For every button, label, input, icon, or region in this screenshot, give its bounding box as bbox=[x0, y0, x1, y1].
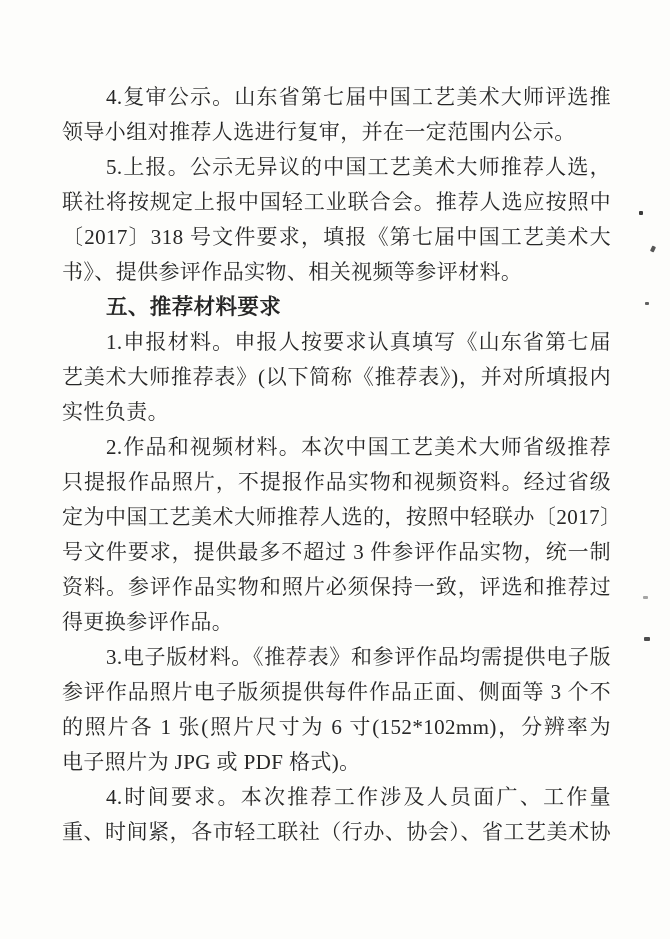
document-line: 4.时间要求。本次推荐工作涉及人员面广、工作量大，任务 bbox=[62, 780, 611, 815]
document-line: 2.作品和视频材料。本次中国工艺美术大师省级推荐环节， bbox=[62, 430, 611, 465]
document-line: 电子照片为 JPG 或 PDF 格式)。 bbox=[62, 745, 611, 780]
scan-speck bbox=[639, 211, 643, 215]
document-line: 只提报作品照片，不提报作品实物和视频资料。经过省级评审确 bbox=[62, 465, 611, 500]
scan-speck bbox=[643, 596, 648, 599]
document-line: 艺美术大师推荐表》(以下简称《推荐表》)，并对所填报内容真 bbox=[62, 360, 611, 395]
document-line: 资料。参评作品实物和照片必须保持一致，评选和推荐过程中不 bbox=[62, 570, 611, 605]
document-line: 得更换参评作品。 bbox=[62, 605, 611, 640]
document-line: 联社将按规定上报中国轻工业联合会。推荐人选应按照中轻联办 bbox=[62, 185, 611, 220]
scan-speck bbox=[650, 245, 656, 252]
document-line: 号文件要求，提供最多不超过 3 件参评作品实物，统一制作视频 bbox=[62, 535, 611, 570]
document-line: 1.申报材料。申报人按要求认真填写《山东省第七届中国工 bbox=[62, 325, 611, 360]
scan-speck bbox=[644, 637, 650, 641]
document-line: 4.复审公示。山东省第七届中国工艺美术大师评选推荐工作 bbox=[62, 80, 611, 115]
document-line: 书》、提供参评作品实物、相关视频等参评材料。 bbox=[62, 255, 611, 290]
document-line: 实性负责。 bbox=[62, 395, 611, 430]
section-heading: 五、推荐材料要求 bbox=[62, 290, 611, 325]
document-line: 领导小组对推荐人选进行复审，并在一定范围内公示。 bbox=[62, 115, 611, 150]
scanned-document-page: 4.复审公示。山东省第七届中国工艺美术大师评选推荐工作 领导小组对推荐人选进行复… bbox=[0, 0, 670, 939]
document-text-block: 4.复审公示。山东省第七届中国工艺美术大师评选推荐工作 领导小组对推荐人选进行复… bbox=[62, 80, 611, 850]
document-line: 3.电子版材料。《推荐表》和参评作品均需提供电子版材料。 bbox=[62, 640, 611, 675]
document-line: 5.上报。公示无异议的中国工艺美术大师推荐人选，省轻工 bbox=[62, 150, 611, 185]
document-line: 参评作品照片电子版须提供每件作品正面、侧面等 3 个不同方位 bbox=[62, 675, 611, 710]
scan-speck bbox=[645, 302, 649, 305]
document-line: 重、时间紧，各市轻工联社（行办、协会）、省工艺美术协会汇 bbox=[62, 815, 611, 850]
document-line: 〔2017〕318 号文件要求，填报《第七届中国工艺美术大师申报 bbox=[62, 220, 611, 255]
document-line: 的照片各 1 张(照片尺寸为 6 寸(152*102mm)，分辨率为 300dp… bbox=[62, 710, 611, 745]
document-line: 定为中国工艺美术大师推荐人选的，按照中轻联办〔2017〕318 bbox=[62, 500, 611, 535]
